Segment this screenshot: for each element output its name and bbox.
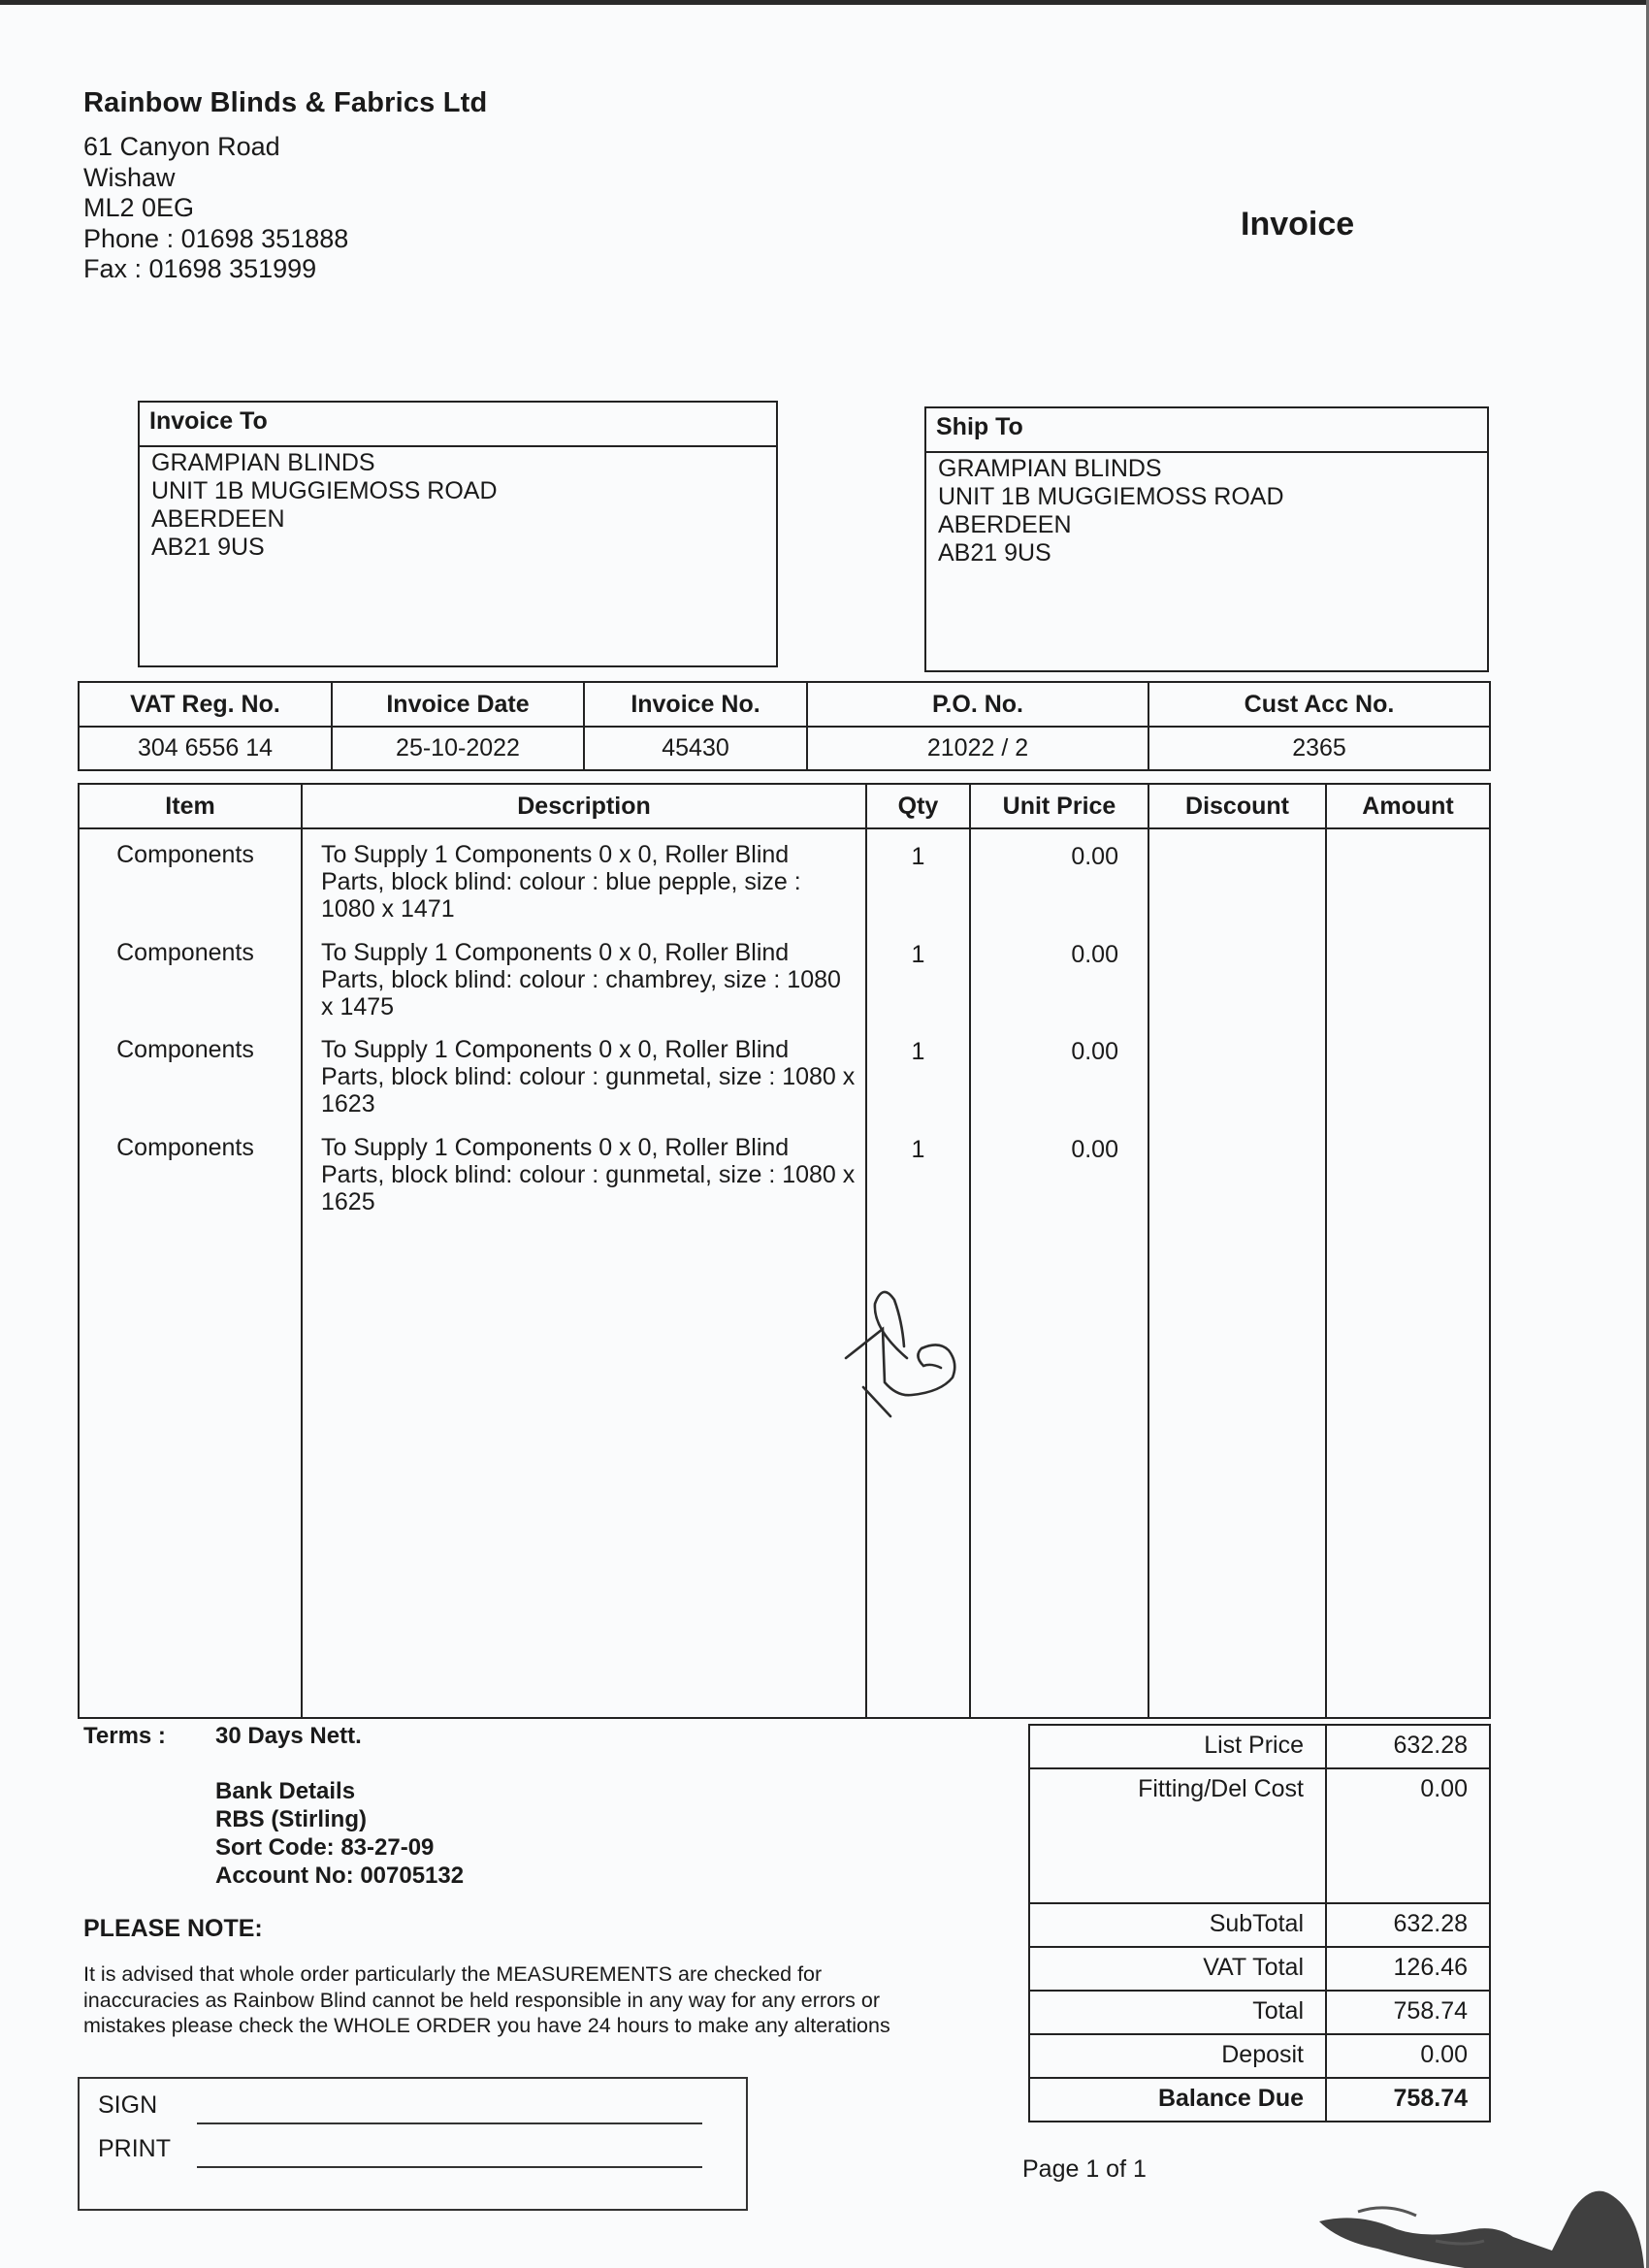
- balance-due-value: 758.74: [1326, 2078, 1490, 2122]
- col-header-qty: Qty: [866, 784, 970, 828]
- col-header-unit-price: Unit Price: [970, 784, 1148, 828]
- balance-due-label: Balance Due: [1029, 2078, 1326, 2122]
- totals-row-total: Total 758.74: [1029, 1991, 1490, 2034]
- vat-total-label: VAT Total: [1029, 1947, 1326, 1991]
- list-price-value: 632.28: [1326, 1725, 1490, 1768]
- bank-name: RBS (Stirling): [215, 1805, 464, 1833]
- table-row-item: Components: [80, 927, 301, 1025]
- note-line: It is advised that whole order particula…: [83, 1961, 1015, 1988]
- col-header-description: Description: [302, 784, 866, 828]
- handwritten-initials-signature: [844, 1271, 999, 1455]
- scan-top-edge: [0, 0, 1649, 5]
- info-header-row: VAT Reg. No. Invoice Date Invoice No. P.…: [79, 682, 1490, 727]
- address-line: UNIT 1B MUGGIEMOSS ROAD: [938, 483, 1475, 511]
- col-header-item: Item: [79, 784, 302, 828]
- subtotal-value: 632.28: [1326, 1903, 1490, 1947]
- note-line: inaccuracies as Rainbow Blind cannot be …: [83, 1988, 1015, 2014]
- company-phone: Phone : 01698 351888: [83, 224, 348, 255]
- deposit-value: 0.00: [1326, 2034, 1490, 2078]
- col-header: Invoice No.: [584, 682, 807, 727]
- invoice-number: 45430: [584, 727, 807, 770]
- address-line: GRAMPIAN BLINDS: [938, 455, 1475, 483]
- address-line: ABERDEEN: [151, 505, 764, 534]
- col-header: P.O. No.: [807, 682, 1148, 727]
- list-price-label: List Price: [1029, 1725, 1326, 1768]
- page-indicator: Page 1 of 1: [1022, 2155, 1147, 2184]
- table-row-qty: 1: [867, 927, 969, 1025]
- address-line: AB21 9US: [151, 534, 764, 562]
- items-header-row: Item Description Qty Unit Price Discount…: [79, 784, 1490, 828]
- account-number: Account No: 00705132: [215, 1862, 464, 1890]
- total-value: 758.74: [1326, 1991, 1490, 2034]
- totals-row-subtotal: SubTotal 632.28: [1029, 1903, 1490, 1947]
- col-header: Invoice Date: [332, 682, 584, 727]
- amount-column: [1326, 828, 1490, 1718]
- col-header-amount: Amount: [1326, 784, 1490, 828]
- address-line: AB21 9US: [938, 539, 1475, 567]
- scan-smudge-artifact: [1319, 2173, 1649, 2268]
- invoice-info-table: VAT Reg. No. Invoice Date Invoice No. P.…: [78, 681, 1491, 771]
- totals-row-balance-due: Balance Due 758.74: [1029, 2078, 1490, 2122]
- table-row-description: To Supply 1 Components 0 x 0, Roller Bli…: [303, 1122, 865, 1220]
- invoice-to-address: GRAMPIAN BLINDS UNIT 1B MUGGIEMOSS ROAD …: [140, 447, 776, 564]
- ship-to-address: GRAMPIAN BLINDS UNIT 1B MUGGIEMOSS ROAD …: [926, 453, 1487, 569]
- document-title: Invoice: [1241, 206, 1354, 243]
- col-header: Cust Acc No.: [1148, 682, 1490, 727]
- table-row-item: Components: [80, 1122, 301, 1220]
- totals-table: List Price 632.28 Fitting/Del Cost 0.00 …: [1028, 1724, 1491, 2122]
- note-text: It is advised that whole order particula…: [83, 1961, 1015, 2039]
- line-items-table: Item Description Qty Unit Price Discount…: [78, 783, 1491, 1719]
- terms-label: Terms :: [83, 1723, 166, 1750]
- table-row-unit-price: 0.00: [971, 927, 1148, 1025]
- print-line[interactable]: [197, 2166, 702, 2168]
- sort-code: Sort Code: 83-27-09: [215, 1833, 464, 1862]
- note-title: PLEASE NOTE:: [83, 1915, 263, 1943]
- customer-account-no: 2365: [1148, 727, 1490, 770]
- items-body: Components Components Components Compone…: [79, 828, 1490, 1718]
- table-row-unit-price: 0.00: [971, 1024, 1148, 1122]
- signature-box: SIGN PRINT: [78, 2077, 748, 2211]
- po-number: 21022 / 2: [807, 727, 1148, 770]
- table-row-item: Components: [80, 1024, 301, 1122]
- fitting-cost-value: 0.00: [1326, 1768, 1490, 1903]
- address-line: Wishaw: [83, 163, 348, 194]
- table-row-description: To Supply 1 Components 0 x 0, Roller Bli…: [303, 927, 865, 1025]
- vat-total-value: 126.46: [1326, 1947, 1490, 1991]
- table-row-item: Components: [80, 829, 301, 927]
- ship-to-heading: Ship To: [926, 408, 1487, 453]
- address-line: ABERDEEN: [938, 511, 1475, 539]
- table-row-unit-price: 0.00: [971, 1122, 1148, 1220]
- table-row-qty: 1: [867, 1024, 969, 1122]
- totals-row-list-price: List Price 632.28: [1029, 1725, 1490, 1768]
- company-fax: Fax : 01698 351999: [83, 254, 348, 285]
- table-row-description: To Supply 1 Components 0 x 0, Roller Bli…: [303, 1024, 865, 1122]
- invoice-to-box: Invoice To GRAMPIAN BLINDS UNIT 1B MUGGI…: [138, 401, 778, 667]
- table-row-description: To Supply 1 Components 0 x 0, Roller Bli…: [303, 829, 865, 927]
- bank-details-heading: Bank Details: [215, 1777, 464, 1805]
- total-label: Total: [1029, 1991, 1326, 2034]
- sign-line[interactable]: [197, 2122, 702, 2124]
- description-column: To Supply 1 Components 0 x 0, Roller Bli…: [302, 828, 866, 1718]
- totals-row-fitting: Fitting/Del Cost 0.00: [1029, 1768, 1490, 1903]
- info-value-row: 304 6556 14 25-10-2022 45430 21022 / 2 2…: [79, 727, 1490, 770]
- company-name: Rainbow Blinds & Fabrics Ltd: [83, 87, 487, 119]
- col-header: VAT Reg. No.: [79, 682, 332, 727]
- invoice-date: 25-10-2022: [332, 727, 584, 770]
- invoice-to-heading: Invoice To: [140, 403, 776, 447]
- deposit-label: Deposit: [1029, 2034, 1326, 2078]
- sign-label: SIGN: [98, 2091, 157, 2120]
- company-address: 61 Canyon Road Wishaw ML2 0EG Phone : 01…: [83, 132, 348, 285]
- address-line: UNIT 1B MUGGIEMOSS ROAD: [151, 477, 764, 505]
- totals-row-vat: VAT Total 126.46: [1029, 1947, 1490, 1991]
- item-column: Components Components Components Compone…: [79, 828, 302, 1718]
- print-label: PRINT: [98, 2135, 171, 2163]
- address-line: 61 Canyon Road: [83, 132, 348, 163]
- table-row-qty: 1: [867, 829, 969, 927]
- discount-column: [1148, 828, 1326, 1718]
- table-row-qty: 1: [867, 1122, 969, 1220]
- address-line: ML2 0EG: [83, 193, 348, 224]
- fitting-cost-label: Fitting/Del Cost: [1029, 1768, 1326, 1903]
- vat-reg-no: 304 6556 14: [79, 727, 332, 770]
- note-line: mistakes please check the WHOLE ORDER yo…: [83, 2013, 1015, 2039]
- ship-to-box: Ship To GRAMPIAN BLINDS UNIT 1B MUGGIEMO…: [924, 406, 1489, 672]
- col-header-discount: Discount: [1148, 784, 1326, 828]
- subtotal-label: SubTotal: [1029, 1903, 1326, 1947]
- address-line: GRAMPIAN BLINDS: [151, 449, 764, 477]
- table-row-unit-price: 0.00: [971, 829, 1148, 927]
- bank-details: Bank Details RBS (Stirling) Sort Code: 8…: [215, 1777, 464, 1890]
- terms-value: 30 Days Nett.: [215, 1723, 362, 1750]
- totals-row-deposit: Deposit 0.00: [1029, 2034, 1490, 2078]
